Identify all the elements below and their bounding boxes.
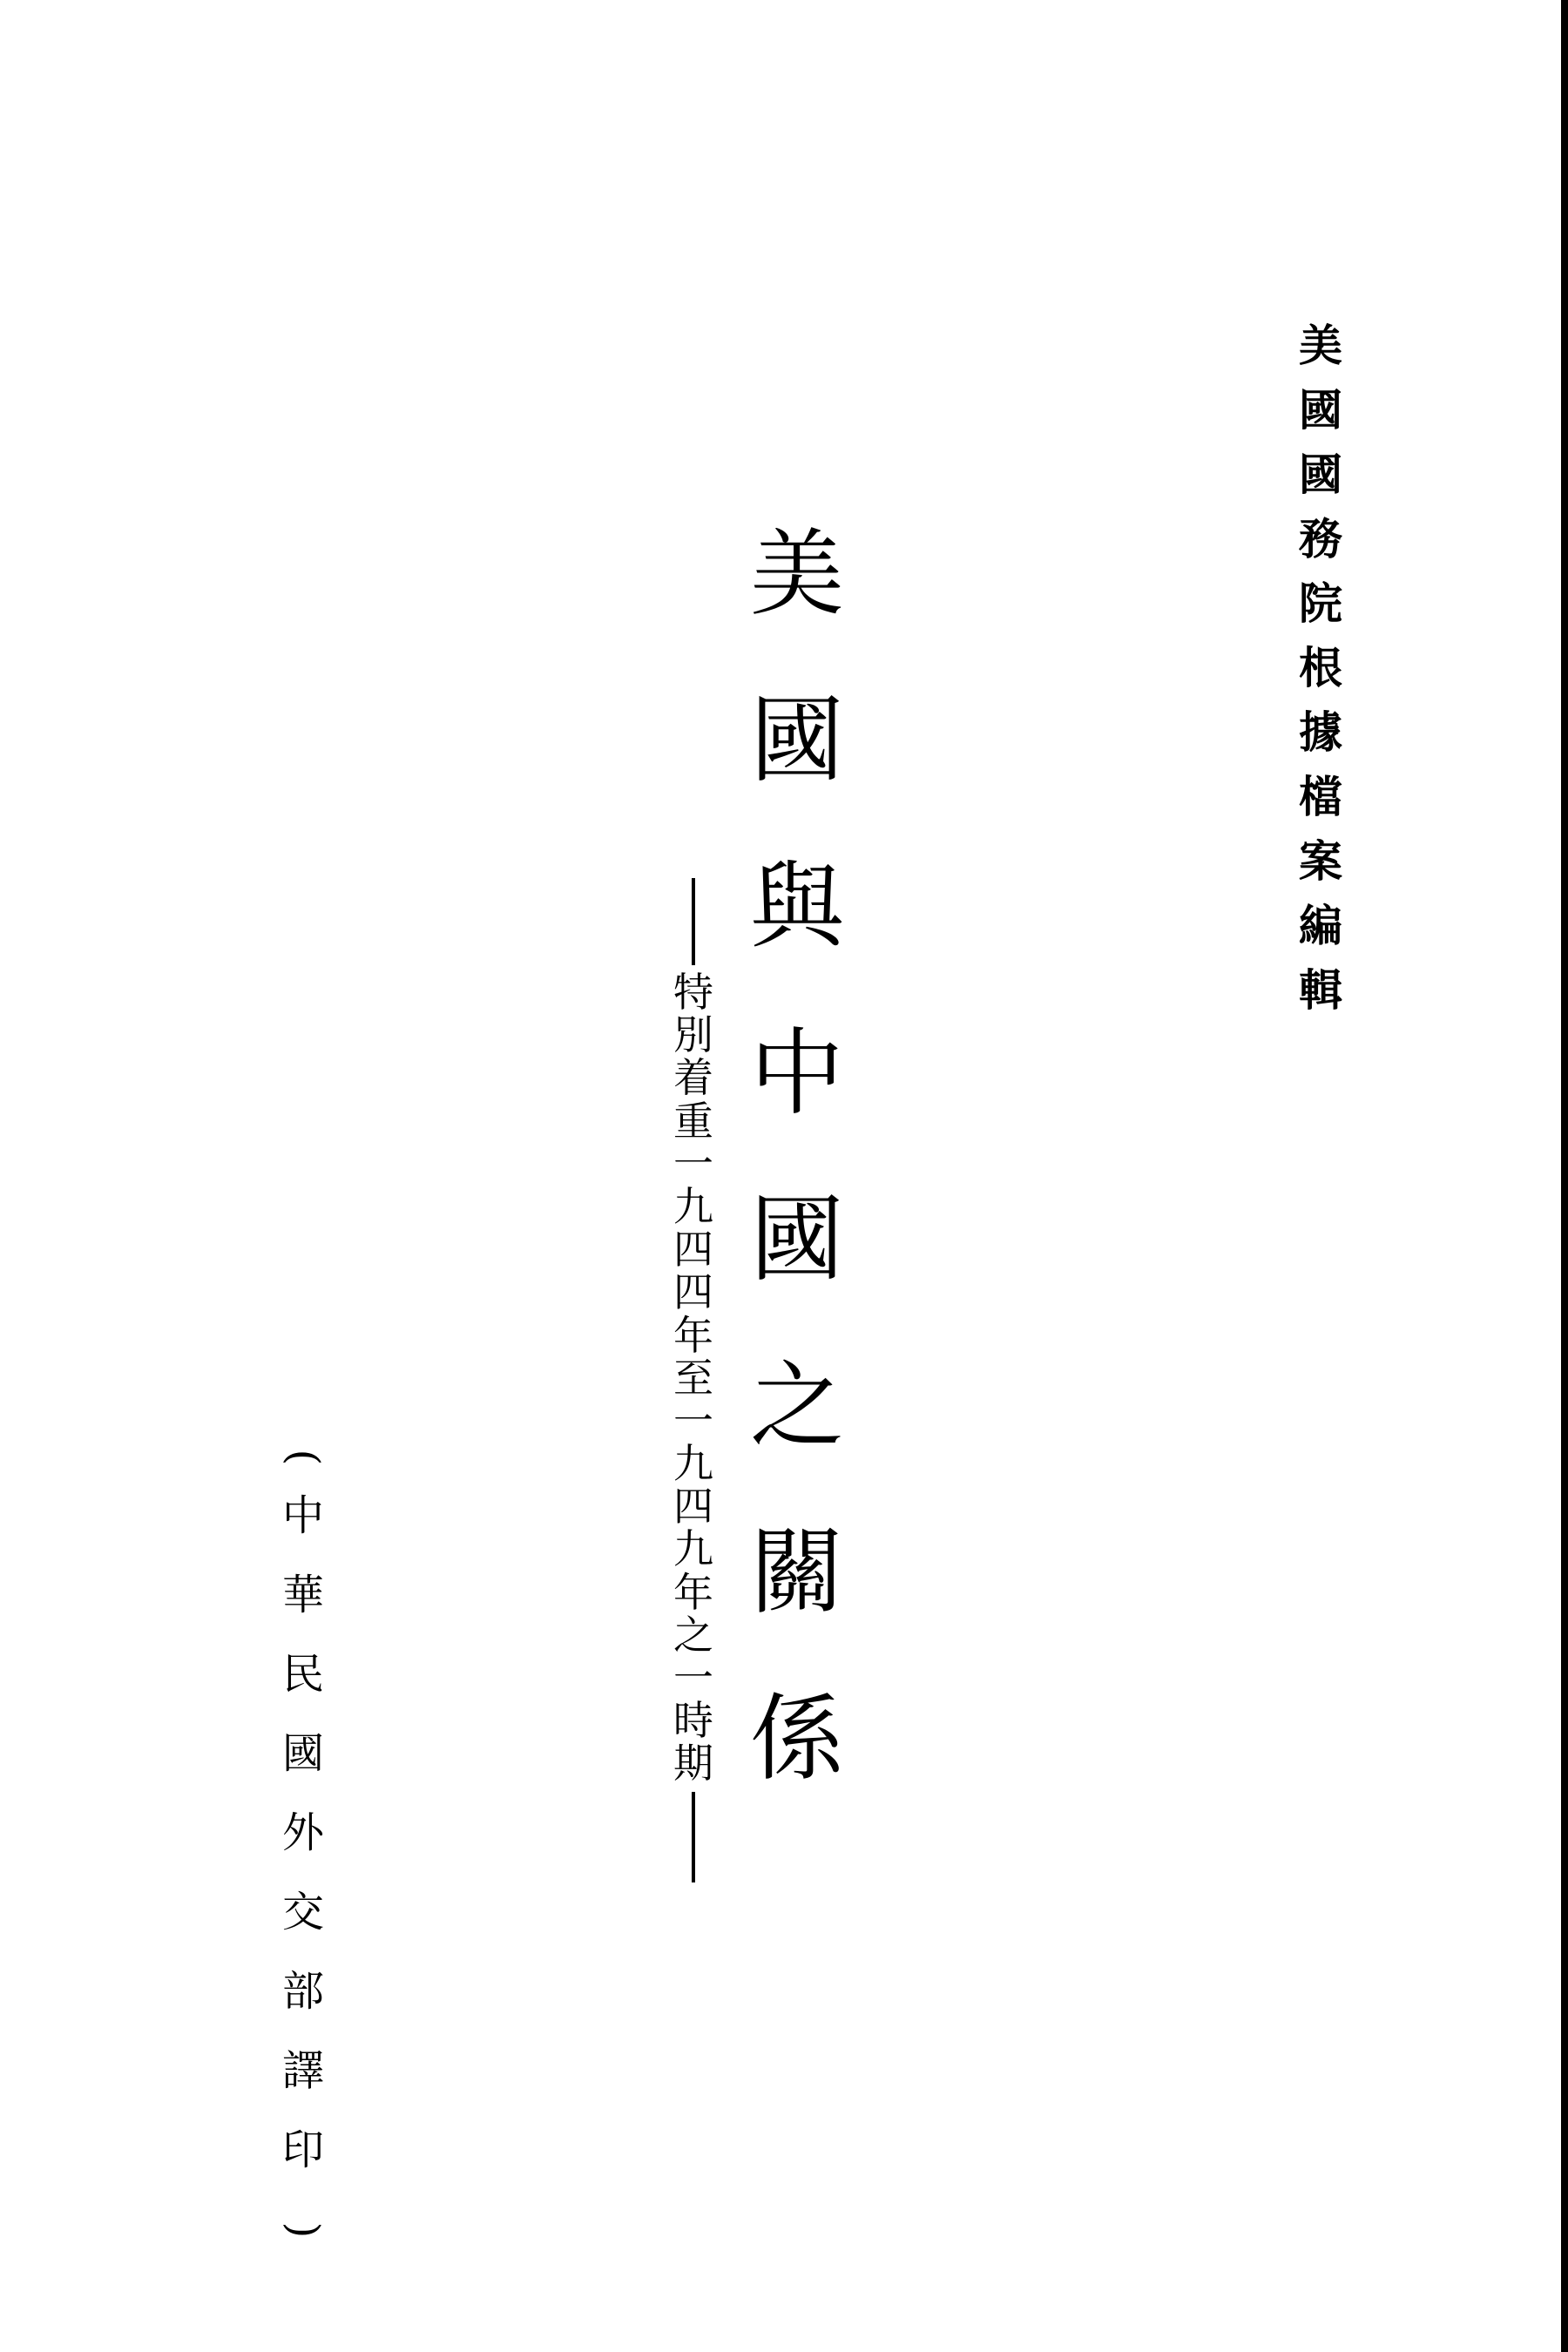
subtitle-char: 四	[673, 1272, 713, 1315]
publisher-char: 譯	[282, 2050, 324, 2129]
subtitle-char: 期	[673, 1743, 713, 1786]
subtitle-char: 着	[673, 1058, 713, 1100]
subtitle-char: 年	[673, 1315, 713, 1358]
main-title: 美 國 與 中 國 之 關 係	[745, 528, 849, 1859]
title-char: 與	[750, 861, 844, 1027]
subtitle-char: 一	[673, 1658, 713, 1700]
title-char: 國	[750, 1193, 844, 1360]
subtitle-char: 年	[673, 1572, 713, 1615]
subtitle-char: 九	[673, 1443, 713, 1486]
subtitle-char: 特	[673, 972, 713, 1015]
subtitle-char: 九	[673, 1186, 713, 1229]
title-char: 國	[750, 694, 844, 861]
title-page: 美 國 國 務 院 根 據 檔 案 編 輯 美 國 與 中 國 之 關 係 特 …	[0, 0, 1568, 2352]
compiler-char: 據	[1299, 711, 1342, 775]
compiler-char: 編	[1299, 904, 1342, 969]
compiler-statement: 美 國 國 務 院 根 據 檔 案 編 輯	[1296, 324, 1345, 1033]
compiler-char: 案	[1299, 840, 1342, 904]
compiler-char: 輯	[1299, 969, 1342, 1033]
compiler-char: 務	[1299, 517, 1342, 582]
subtitle-char: 九	[673, 1529, 713, 1571]
publisher-char: 印	[282, 2129, 324, 2208]
publisher-char: 民	[282, 1653, 324, 1733]
publisher-char: 中	[282, 1495, 324, 1574]
subtitle-char: 別	[673, 1015, 713, 1058]
close-parenthesis: )	[281, 2222, 325, 2239]
subtitle: 特 別 着 重 一 九 四 四 年 至 一 九 四 九 年 之 一 時 期	[669, 878, 718, 1882]
title-char: 係	[750, 1693, 844, 1859]
compiler-char: 美	[1299, 324, 1342, 389]
compiler-char: 院	[1299, 582, 1342, 646]
publisher-note: ( 中 華 民 國 外 交 部 譯 印 )	[277, 1436, 329, 2252]
compiler-char: 檔	[1299, 775, 1342, 840]
scan-edge-border	[1561, 0, 1568, 2352]
subtitle-dash-start	[692, 878, 695, 965]
subtitle-char: 重	[673, 1101, 713, 1144]
title-char: 關	[750, 1526, 844, 1693]
publisher-char: 華	[282, 1574, 324, 1653]
compiler-char: 國	[1299, 389, 1342, 453]
subtitle-char: 時	[673, 1700, 713, 1743]
subtitle-char: 至	[673, 1358, 713, 1401]
publisher-char: 交	[282, 1891, 324, 1970]
open-parenthesis: (	[281, 1450, 325, 1466]
title-char: 美	[750, 528, 844, 694]
publisher-char: 部	[282, 1970, 324, 2050]
subtitle-char: 之	[673, 1615, 713, 1658]
publisher-char: 國	[282, 1733, 324, 1812]
subtitle-char: 四	[673, 1229, 713, 1272]
subtitle-char: 一	[673, 1144, 713, 1186]
compiler-char: 根	[1299, 646, 1342, 711]
subtitle-char: 一	[673, 1401, 713, 1443]
publisher-char: 外	[282, 1812, 324, 1891]
subtitle-char: 四	[673, 1486, 713, 1529]
subtitle-dash-end	[692, 1792, 695, 1882]
title-char: 中	[750, 1027, 844, 1193]
title-char: 之	[750, 1360, 844, 1526]
compiler-char: 國	[1299, 453, 1342, 517]
